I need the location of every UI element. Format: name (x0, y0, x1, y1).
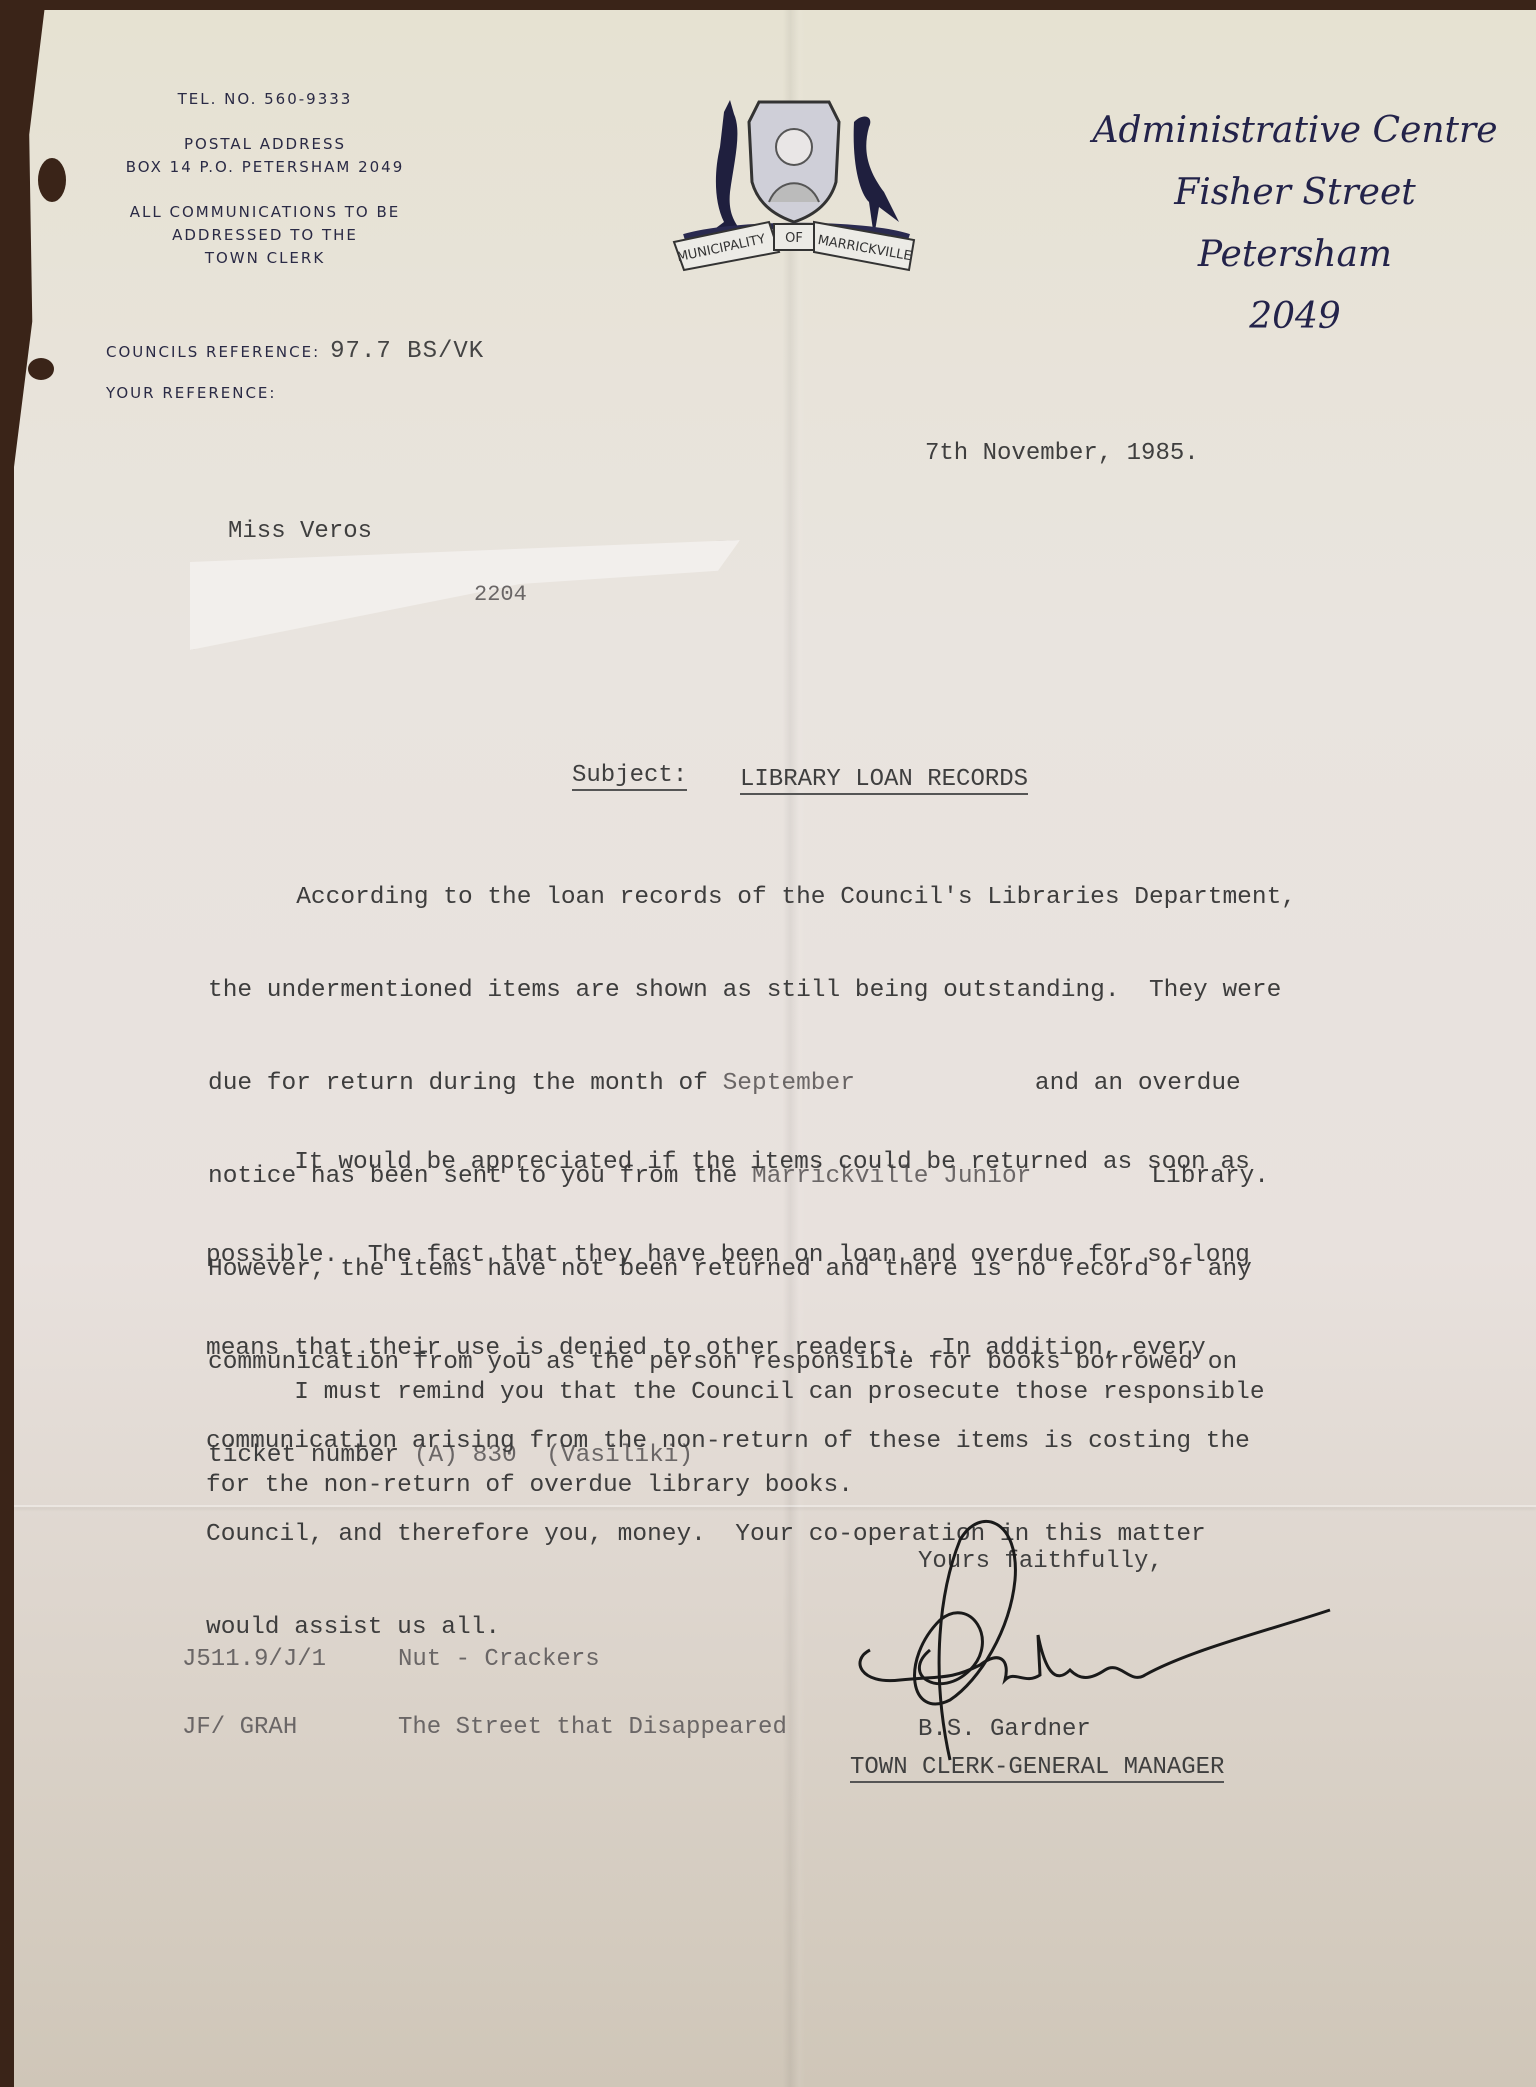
letter-date: 7th November, 1985. (925, 440, 1199, 467)
signatory-title: TOWN CLERK-GENERAL MANAGER (850, 1754, 1224, 1781)
councils-reference: COUNCILS REFERENCE:97.7 BS/VK (106, 338, 484, 365)
recipient-name: Miss Veros (228, 518, 372, 545)
item-title: The Street that Disappeared (398, 1714, 787, 1741)
address-line-2: Fisher Street (1080, 162, 1510, 224)
your-reference: YOUR REFERENCE: (106, 384, 276, 402)
paper-damage (38, 158, 66, 202)
svg-text:OF: OF (785, 231, 803, 246)
your-ref-label: YOUR REFERENCE: (106, 384, 276, 402)
paragraph-3: I must remind you that the Council can p… (206, 1315, 1406, 1532)
address-line-3: Petersham (1080, 224, 1510, 286)
address-line-4: 2049 (1080, 286, 1510, 348)
comm-line-2: ADDRESSED TO THE (100, 224, 430, 247)
item-call-number: J511.9/J/1 (182, 1646, 326, 1673)
councils-ref-label: COUNCILS REFERENCE: (106, 343, 320, 361)
comm-line-1: ALL COMMUNICATIONS TO BE (100, 201, 430, 224)
address-line-1: Administrative Centre (1080, 100, 1510, 162)
item-title: Nut - Crackers (398, 1646, 600, 1673)
postal-title: POSTAL ADDRESS (100, 133, 430, 156)
recipient-postcode-fragment: 2204 (474, 582, 527, 607)
postal-box: BOX 14 P.O. PETERSHAM 2049 (100, 156, 430, 179)
letterhead-contact: TEL. NO. 560-9333 POSTAL ADDRESS BOX 14 … (100, 88, 430, 270)
municipality-crest-icon: MUNICIPALITY OF MARRICKVILLE (664, 92, 924, 272)
telephone: TEL. NO. 560-9333 (100, 88, 430, 111)
item-call-number: JF/ GRAH (182, 1714, 297, 1741)
subject-line: LIBRARY LOAN RECORDS (740, 766, 1028, 793)
letterhead-address: Administrative Centre Fisher Street Pete… (1080, 100, 1510, 348)
subject-label: Subject: (572, 762, 687, 789)
paper-damage (28, 358, 54, 380)
councils-ref-value: 97.7 BS/VK (330, 338, 484, 365)
signatory-name: B.S. Gardner (918, 1716, 1091, 1743)
comm-line-3: TOWN CLERK (100, 247, 430, 270)
